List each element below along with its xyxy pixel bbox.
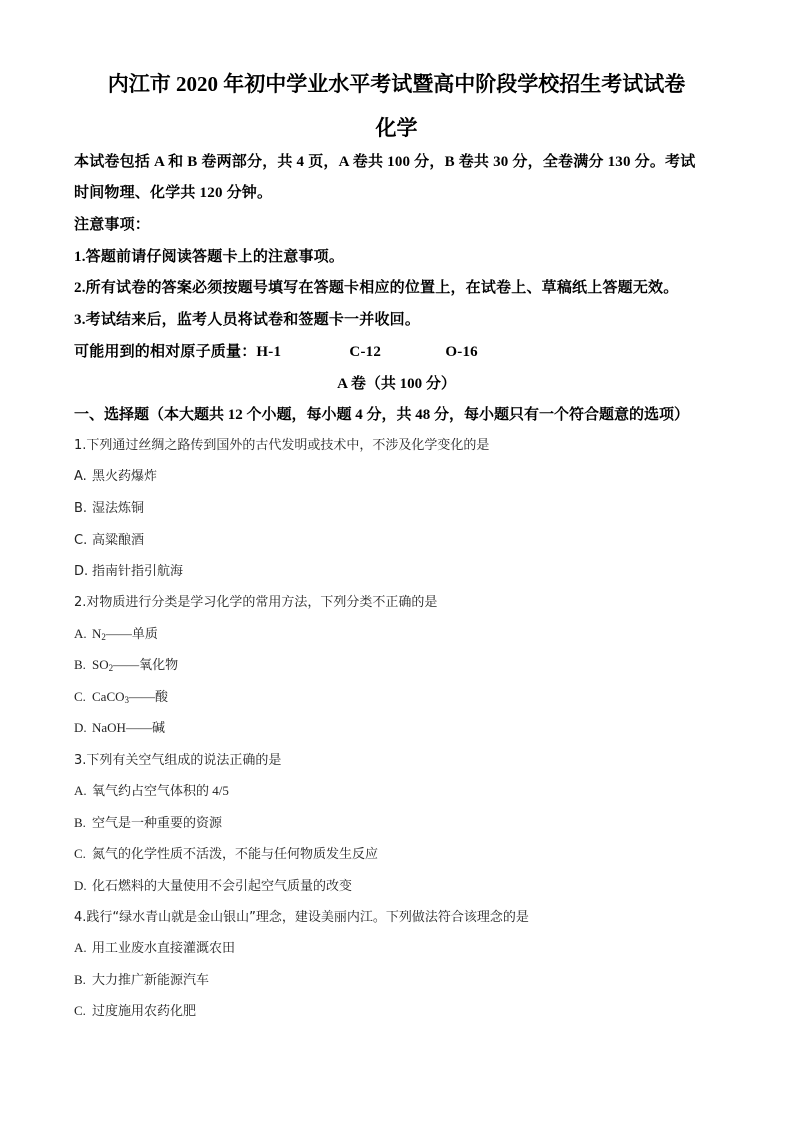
intro-line-2: 时间物理、化学共 120 分钟。 [74,181,272,202]
section-a-heading: A 卷（共 100 分） [0,372,793,393]
option-letter: B. [74,657,92,673]
chemical-formula: SO [92,657,109,672]
option-text: 空气是一种重要的资源 [92,815,222,830]
notice-item-3: 3.考试结来后，监考人员将试卷和签题卡一并收回。 [74,308,420,329]
option-text: ——氧化物 [113,657,178,672]
question-2-option-a[interactable]: A.N2——单质 [74,623,158,642]
option-text: 黑火药爆炸 [92,469,157,484]
option-letter: A. [74,469,92,484]
question-1-option-d[interactable]: D.指南针指引航海 [74,560,183,579]
subject-title: 化学 [0,112,793,142]
option-text: 大力推广新能源汽车 [92,972,209,987]
chemical-formula: N [92,626,101,641]
option-text: 氧气约占空气体积的 4/5 [92,783,229,798]
option-text: 氮气的化学性质不活泼，不能与任何物质发生反应 [92,846,378,861]
notice-label: 注意事项： [74,213,150,234]
question-2-stem: 2.对物质进行分类是学习化学的常用方法，下列分类不正确的是 [74,591,437,610]
option-letter: B. [74,815,92,831]
option-letter: A. [74,626,92,642]
page-title: 内江市 2020 年初中学业水平考试暨高中阶段学校招生考试试卷 [0,68,793,98]
question-4-option-a[interactable]: A.用工业废水直接灌溉农田 [74,937,235,956]
option-letter: C. [74,689,92,705]
option-text: 高粱酿酒 [92,533,144,548]
option-text: 过度施用农药化肥 [92,1003,196,1018]
atomic-mass-line: 可能用到的相对原子质量：H-1C-12O-16 [74,340,478,361]
question-1-stem: 1.下列通过丝绸之路传到国外的古代发明或技术中，不涉及化学变化的是 [74,434,489,453]
part1-heading: 一、选择题（本大题共 12 个小题，每小题 4 分，共 48 分，每小题只有一个… [74,403,689,424]
option-text: ——单质 [106,626,158,641]
atomic-mass-o: O-16 [445,344,477,361]
question-3-stem: 3.下列有关空气组成的说法正确的是 [74,749,281,768]
question-4-option-c[interactable]: C.过度施用农药化肥 [74,1000,196,1019]
question-1-option-a[interactable]: A.黑火药爆炸 [74,465,157,484]
atomic-mass-h: H-1 [256,344,349,361]
atomic-mass-c: C-12 [349,344,445,361]
question-2-option-d[interactable]: D.NaOH——碱 [74,717,165,736]
atomic-mass-label: 可能用到的相对原子质量： [74,344,256,360]
option-letter: D. [74,720,92,736]
option-letter: A. [74,940,92,956]
notice-item-2: 2.所有试卷的答案必须按题号填写在答题卡相应的位置上，在试卷上、草稿纸上答题无效… [74,276,678,297]
question-1-option-b[interactable]: B.湿法炼铜 [74,497,144,516]
question-4-option-b[interactable]: B.大力推广新能源汽车 [74,969,209,988]
question-4-stem: 4.践行“绿水青山就是金山银山”理念，建设美丽内江。下列做法符合该理念的是 [74,906,529,925]
option-text: 用工业废水直接灌溉农田 [92,940,235,955]
option-letter: D. [74,878,92,894]
option-letter: C. [74,846,92,862]
question-3-option-a[interactable]: A.氧气约占空气体积的 4/5 [74,780,229,799]
option-text: ——碱 [126,720,165,735]
question-2-option-c[interactable]: C.CaCO3——酸 [74,686,168,705]
chemical-formula: CaCO [92,689,125,704]
option-letter: C. [74,1003,92,1019]
option-letter: C. [74,533,92,548]
option-letter: B. [74,501,92,516]
notice-item-1: 1.答题前请仔阅读答题卡上的注意事项。 [74,245,344,266]
question-1-option-c[interactable]: C.高粱酿酒 [74,529,144,548]
option-text: 指南针指引航海 [92,564,183,579]
question-2-option-b[interactable]: B.SO2——氧化物 [74,654,178,673]
option-text: ——酸 [129,689,168,704]
option-letter: A. [74,783,92,799]
question-3-option-c[interactable]: C.氮气的化学性质不活泼，不能与任何物质发生反应 [74,843,378,862]
option-letter: B. [74,972,92,988]
intro-line-1: 本试卷包括 A 和 B 卷两部分，共 4 页，A 卷共 100 分，B 卷共 3… [74,150,695,171]
option-text: 湿法炼铜 [92,501,144,516]
option-text: 化石燃料的大量使用不会引起空气质量的改变 [92,878,352,893]
chemical-formula: NaOH [92,720,126,735]
question-3-option-b[interactable]: B.空气是一种重要的资源 [74,812,222,831]
exam-page: 内江市 2020 年初中学业水平考试暨高中阶段学校招生考试试卷 化学 本试卷包括… [0,0,793,1122]
option-letter: D. [74,564,92,579]
question-3-option-d[interactable]: D.化石燃料的大量使用不会引起空气质量的改变 [74,875,352,894]
